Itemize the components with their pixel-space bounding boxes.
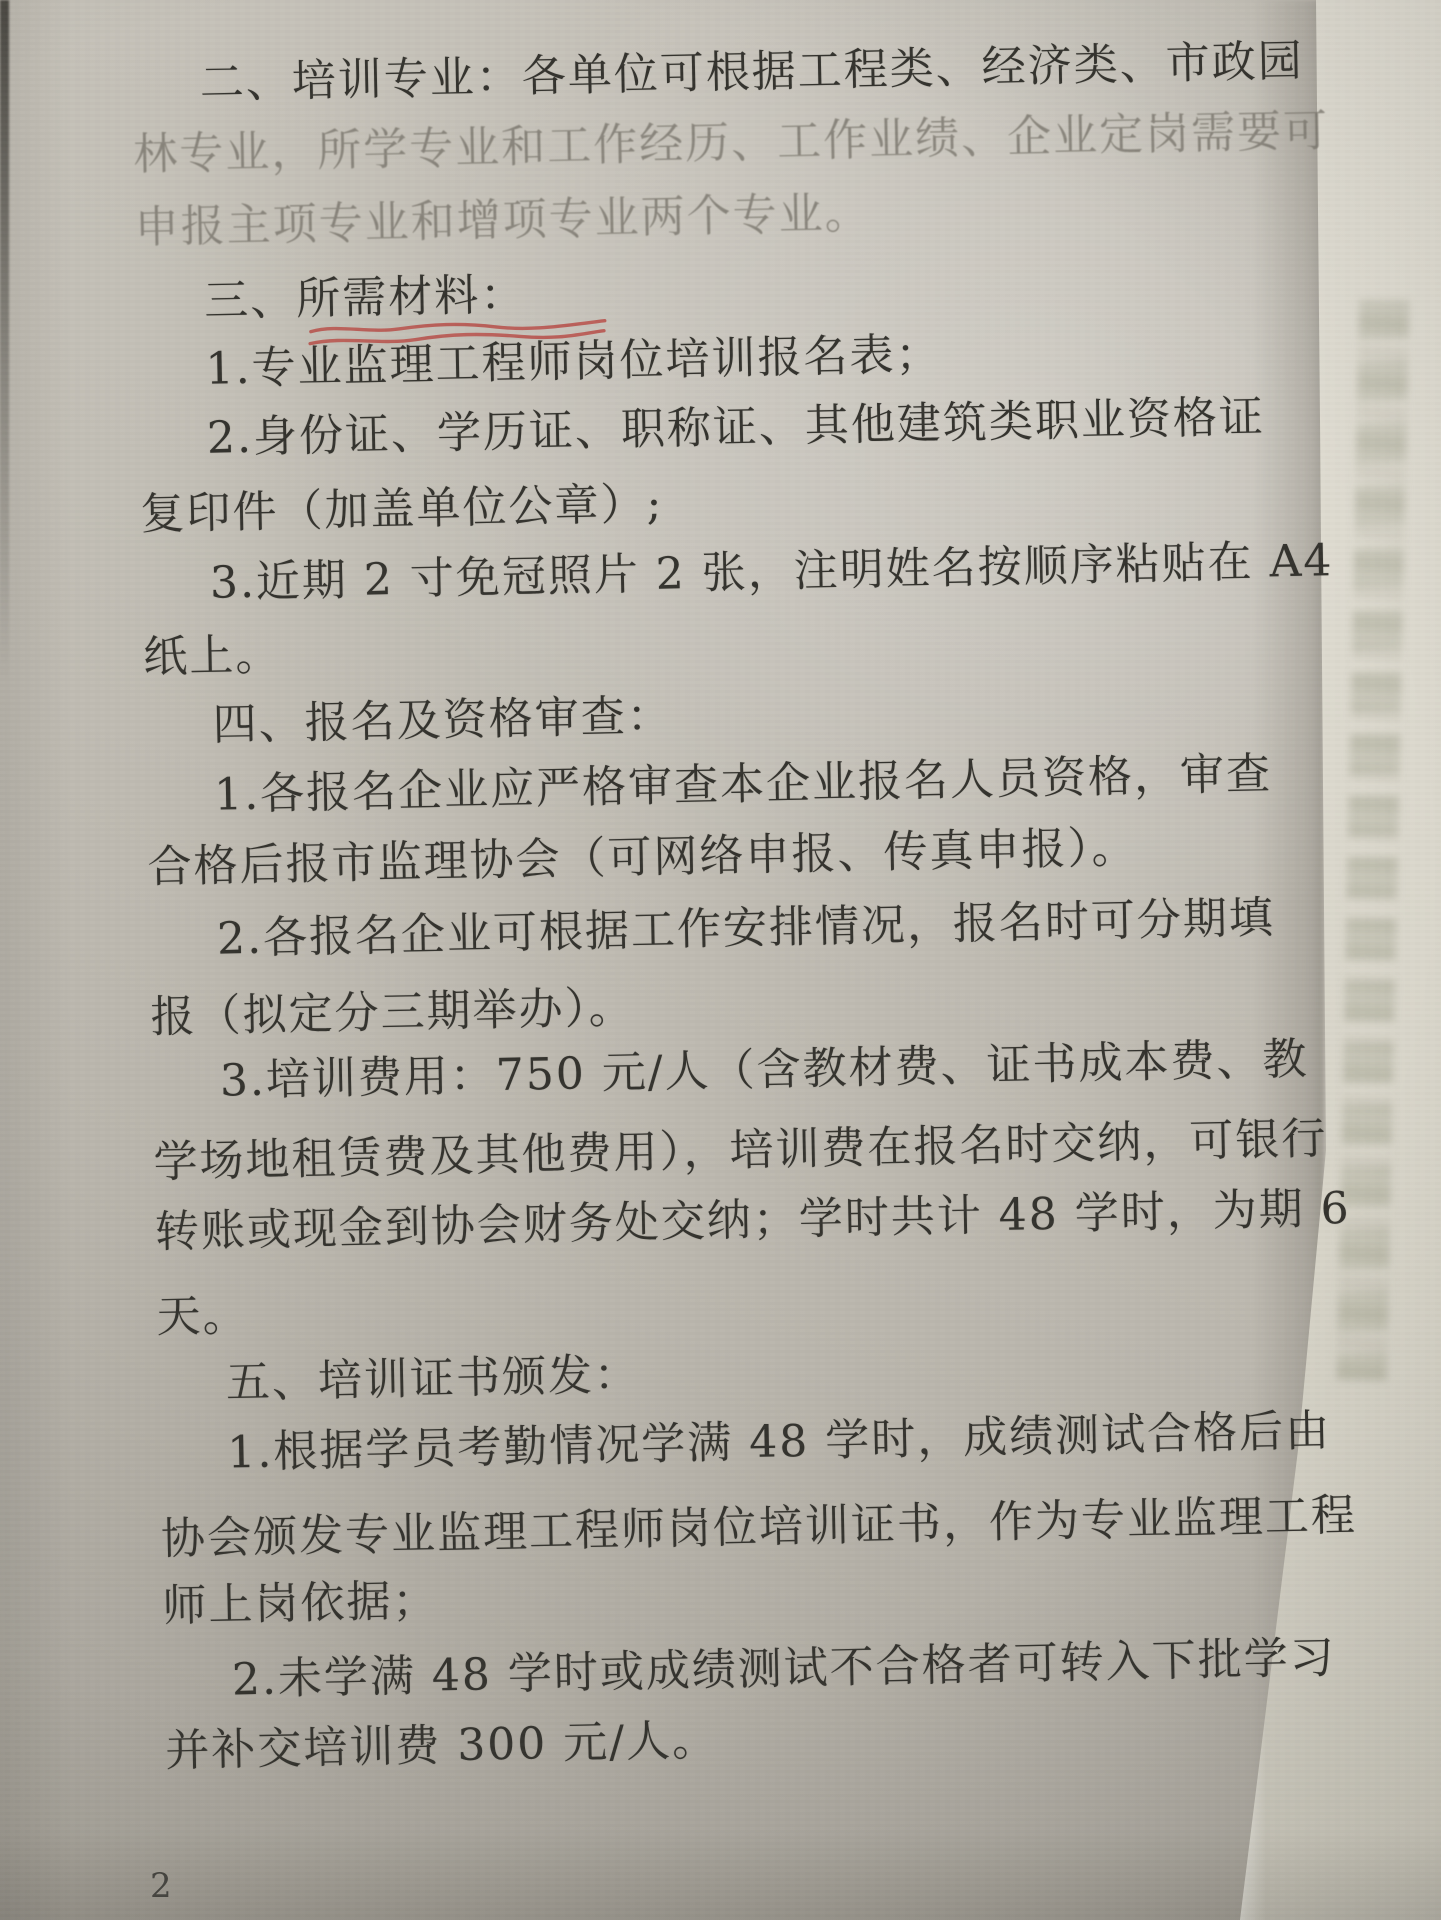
text-line: 五、培训证书颁发：	[225, 1347, 640, 1411]
text-line: 复印件（加盖单位公章）;	[140, 477, 664, 543]
text-line: 转账或现金到协会财务处交纳；学时共计 48 学时，为期 6	[154, 1181, 1351, 1261]
text-line: 林专业，所学专业和工作经历、工作业绩、企业定岗需要可	[133, 103, 1330, 183]
text-line: 报（拟定分三期举办）。	[150, 980, 635, 1046]
text-line: 三、所需材料：	[204, 267, 527, 329]
document-photo: 二、培训专业：各单位可根据工程类、经济类、市政园林专业，所学专业和工作经历、工作…	[0, 0, 1441, 1920]
document-lines: 二、培训专业：各单位可根据工程类、经济类、市政园林专业，所学专业和工作经历、工作…	[0, 0, 1441, 1920]
text-line: 3.近期 2 寸免冠照片 2 张，注明姓名按顺序粘贴在 A4	[209, 533, 1334, 612]
text-line: 2.各报名企业可根据工作安排情况，报名时可分期填	[217, 890, 1276, 967]
text-line: 2.身份证、学历证、职称证、其他建筑类职业资格证	[206, 389, 1265, 466]
text-line: 协会颁发专业监理工程师岗位培训证书，作为专业监理工程	[161, 1488, 1358, 1568]
text-line: 3.培训费用：750 元/人（含教材费、证书成本费、教	[219, 1032, 1309, 1110]
text-line: 并补交培训费 300 元/人。	[165, 1713, 719, 1780]
text-line: 二、培训专业：各单位可根据工程类、经济类、市政园	[199, 34, 1304, 112]
text-line: 纸上。	[143, 627, 282, 686]
text-line: 四、报名及资格审查：	[212, 688, 673, 753]
text-line: 师上岗依据；	[162, 1573, 439, 1635]
text-line: 1.各报名企业应严格审查本企业报名人员资格，审查	[214, 746, 1273, 823]
text-line: 申报主项专业和增项专业两个专业。	[134, 185, 871, 256]
text-line: 合格后报市监理协会（可网络申报、传真申报）。	[147, 820, 1138, 896]
text-line: 天。	[156, 1288, 249, 1346]
text-line: 学场地租赁费及其他费用），培训费在报名时交纳，可银行	[153, 1111, 1328, 1191]
page-number: 2	[150, 1866, 172, 1906]
text-line: 1.根据学员考勤情况学满 48 学时，成绩测试合格后由	[227, 1403, 1332, 1481]
text-line: 2.未学满 48 学时或成绩测试不合格者可转入下批学习	[231, 1630, 1336, 1708]
